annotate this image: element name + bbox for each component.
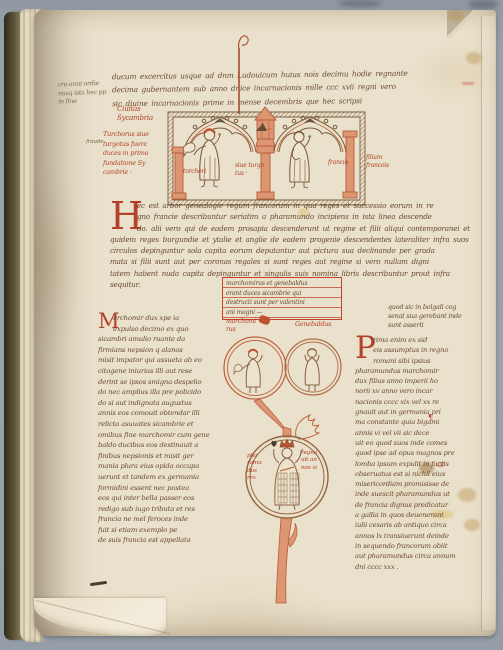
medallion-genebaldus bbox=[285, 339, 341, 395]
right-column-text: rima enim ex sid eis assumptus in regno … bbox=[355, 335, 495, 572]
manuscript-page: cro anni ordie nusq ista hec pp in fine … bbox=[34, 10, 496, 636]
backdrop-smudge bbox=[338, 0, 382, 7]
canopy-label-torchori: torchori bbox=[183, 168, 223, 175]
fleur-de-lis-icon bbox=[271, 441, 276, 447]
genealogy-tree-drawing bbox=[220, 325, 370, 625]
falcon-icon bbox=[183, 143, 195, 156]
leaf-ornament bbox=[296, 415, 319, 439]
canopy-label-francio: francio bbox=[328, 159, 362, 166]
tree-label-genebaldus: Genebaldus bbox=[295, 320, 355, 328]
initial-P: P bbox=[355, 335, 373, 364]
canopy-label-siue-turgotus: siue turgo tus · bbox=[235, 162, 275, 178]
canopy-label-filium-francois: filium francois bbox=[366, 154, 406, 171]
tree-label-regnauit: regna uit an nos xi bbox=[301, 450, 331, 472]
stain bbox=[448, 11, 463, 21]
canopy-drawing bbox=[163, 30, 375, 208]
backdrop-smudge bbox=[468, 0, 498, 9]
pilcrow-mark: ¶ bbox=[428, 413, 433, 422]
figure-francio bbox=[290, 132, 311, 189]
initial-M: M bbox=[98, 313, 113, 331]
initial-H: H bbox=[110, 200, 137, 224]
spire-flourish bbox=[239, 36, 249, 114]
stain bbox=[466, 52, 482, 64]
side-note-right: quod sic in bolgali cog senat sua gereba… bbox=[388, 303, 492, 331]
rubric-duces-sycambrie: Turchorus siue turgotus fuere duces in p… bbox=[103, 130, 167, 178]
pen-mark bbox=[90, 581, 107, 586]
gloss-mark: Gl' bbox=[437, 461, 445, 469]
tree-label-pharamundus: pha ramu dus rex bbox=[247, 453, 273, 482]
right-column: P rima enim ex sid eis assumptus in regn… bbox=[355, 335, 495, 572]
trunk bbox=[276, 518, 292, 603]
falcon-icon bbox=[234, 365, 242, 374]
medallion-marchomirus bbox=[224, 337, 286, 399]
